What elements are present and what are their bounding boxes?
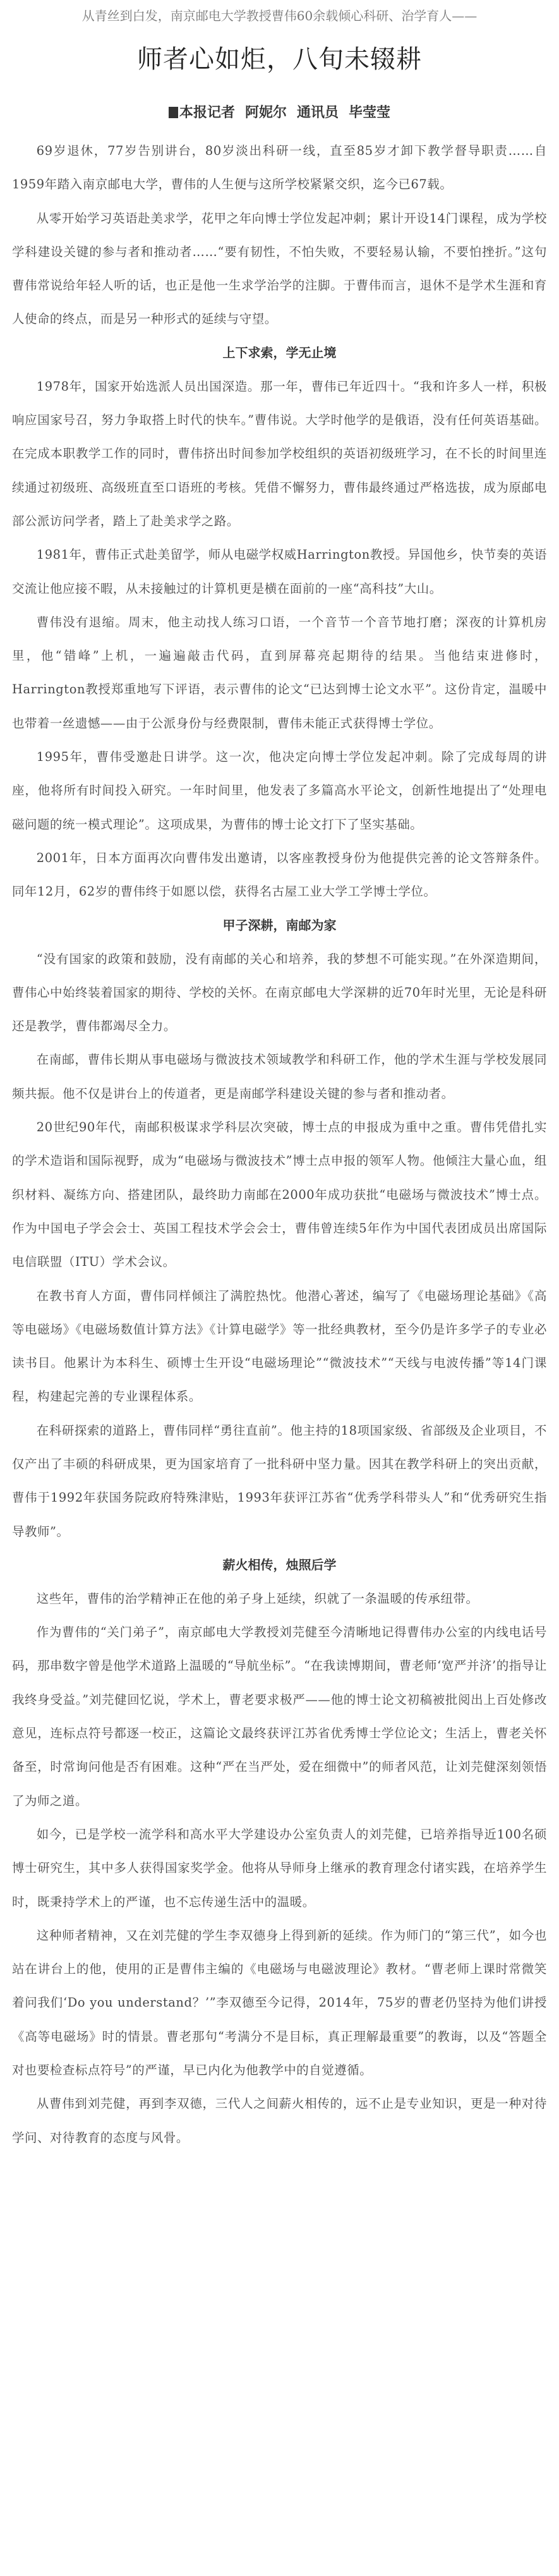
byline-reporter-name: 阿妮尔 [245,104,287,121]
intro-paragraph: 69岁退休，77岁告别讲台，80岁淡出科研一线，直至85岁才卸下教学督导职责……… [12,134,547,202]
black-square-icon [169,107,178,118]
body-paragraph: 这些年，曹伟的治学精神正在他的弟子身上延续，织就了一条温暖的传承纽带。 [12,1582,547,1615]
article: 从青丝到白发，南京邮电大学教授曹伟60余载倾心科研、治学育人—— 师者心如炬，八… [12,0,547,2167]
section-heading: 甲子深耕，南邮为家 [12,909,547,942]
section-2: 甲子深耕，南邮为家 “没有国家的政策和鼓励，没有南邮的关心和培养，我的梦想不可能… [12,909,547,1548]
intro-paragraph: 从零开始学习英语赴美求学，花甲之年向博士学位发起冲刺；累计开设14门课程，成为学… [12,202,547,336]
byline-correspondent-label: 通讯员 [297,104,339,121]
article-title: 师者心如炬，八旬未辍耕 [12,40,547,78]
body-paragraph: 在科研探索的道路上，曹伟同样“勇往直前”。他主持的18项国家级、省部级及企业项目… [12,1414,547,1548]
section-heading: 上下求索，学无止境 [12,336,547,370]
article-subtitle: 从青丝到白发，南京邮电大学教授曹伟60余载倾心科研、治学育人—— [12,0,547,25]
body-paragraph: 1981年，曹伟正式赴美留学，师从电磁学权威Harrington教授。异国他乡，… [12,538,547,605]
body-paragraph: 在教书育人方面，曹伟同样倾注了满腔热忱。他潜心著述，编写了《电磁场理论基础》《高… [12,1279,547,1414]
byline: 本报记者阿妮尔通讯员毕莹莹 [12,100,547,125]
body-paragraph: 曹伟没有退缩。周末，他主动找人练习口语，一个音节一个音节地打磨；深夜的计算机房里… [12,605,547,740]
body-paragraph: 1978年，国家开始选派人员出国深造。那一年，曹伟已年近四十。“我和许多人一样，… [12,370,547,538]
byline-correspondent-name: 毕莹莹 [349,104,390,121]
section-heading: 薪火相传，烛照后学 [12,1548,547,1582]
body-paragraph: 20世纪90年代，南邮积极谋求学科层次突破，博士点的申报成为重中之重。曹伟凭借扎… [12,1110,547,1279]
body-paragraph: 2001年，日本方面再次向曹伟发出邀请，以客座教授身份为他提供完善的论文答辩条件… [12,841,547,909]
section-3: 薪火相传，烛照后学 这些年，曹伟的治学精神正在他的弟子身上延续，织就了一条温暖的… [12,1548,547,2154]
body-paragraph: 在南邮，曹伟长期从事电磁场与微波技术领域教学和科研工作，他的学术生涯与学校发展同… [12,1043,547,1110]
section-1: 上下求索，学无止境 1978年，国家开始选派人员出国深造。那一年，曹伟已年近四十… [12,336,547,909]
body-paragraph: 从曹伟到刘芫健，再到李双德，三代人之间薪火相传的，远不止是专业知识，更是一种对待… [12,2087,547,2154]
body-paragraph: 如今，已是学校一流学科和高水平大学建设办公室负责人的刘芫健，已培养指导近100名… [12,1818,547,1919]
body-paragraph: 这种师者精神，又在刘芫健的学生李双德身上得到新的延续。作为师门的“第三代”，如今… [12,1919,547,2087]
body-paragraph: “没有国家的政策和鼓励，没有南邮的关心和培养，我的梦想不可能实现。”在外深造期间… [12,942,547,1043]
byline-reporter-label: 本报记者 [179,104,235,121]
body-paragraph: 1995年，曹伟受邀赴日讲学。这一次，他决定向博士学位发起冲刺。除了完成每周的讲… [12,740,547,841]
body-paragraph: 作为曹伟的“关门弟子”，南京邮电大学教授刘芫健至今清晰地记得曹伟办公室的内线电话… [12,1615,547,1818]
